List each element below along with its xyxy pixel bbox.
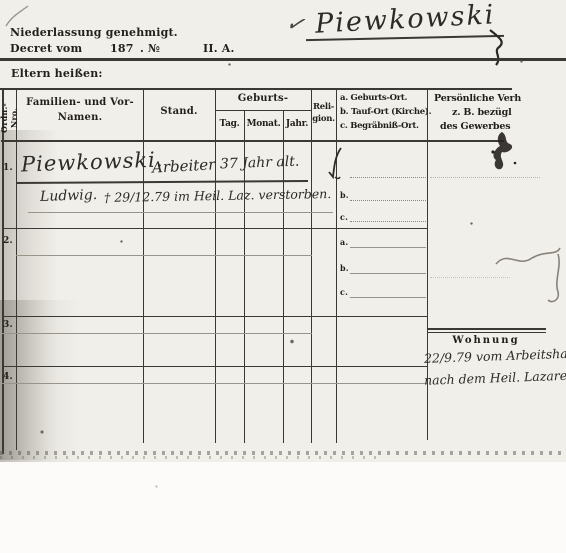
top-thick-rule	[0, 58, 566, 61]
row1-rule-c	[350, 221, 426, 222]
row-divider-2-3	[2, 316, 427, 317]
scan-speckle	[470, 222, 473, 225]
entry-stand-handwritten: Arbeiter	[152, 155, 216, 176]
row2-rule-c	[350, 297, 426, 298]
header-persoenlich-line1: Persönliche Verh	[434, 93, 521, 104]
wohnung-title: Wohnung	[432, 335, 540, 346]
row2-label-b: b.	[340, 263, 349, 273]
ink-blot	[488, 130, 522, 174]
margin-squiggle	[494, 240, 566, 310]
scan-speckle	[228, 63, 231, 66]
area-below-scan	[0, 462, 566, 553]
header-monat: Monat.	[244, 119, 283, 129]
row1-label-b: b.	[340, 190, 349, 200]
decret-number-label: . №	[140, 42, 160, 55]
row1-rule-a-ext	[430, 177, 540, 178]
eltern-label: Eltern heißen:	[11, 67, 103, 80]
row-number-1: 1.	[3, 163, 13, 173]
geburts-split-line	[215, 110, 311, 111]
scan-speckle	[40, 430, 44, 434]
row-number-2: 2.	[3, 236, 13, 246]
entry-surname-handwritten: Piewkowski.	[21, 148, 164, 177]
row1-rule-b	[350, 200, 426, 201]
row-number-4: 4.	[3, 372, 13, 382]
ordn-col-label: Ordn.-Nro.	[0, 95, 19, 141]
vline-stand-geburts	[215, 88, 216, 443]
row-number-3: 3.	[3, 320, 13, 330]
row-divider-1-2	[2, 228, 427, 229]
header-orte-b: b. Tauf-Ort (Kirche).	[340, 107, 431, 117]
row2-rule-a	[350, 247, 426, 248]
scan-speckle	[290, 339, 294, 344]
header-familien-line2: Namen.	[18, 112, 142, 123]
header-orte-c: c. Begräbniß-Ort.	[340, 121, 419, 131]
subrule-row2	[16, 255, 312, 256]
scan-bottom-edge-2	[0, 456, 380, 459]
row2-label-c: c.	[340, 287, 348, 297]
table-header-border	[1, 140, 504, 142]
row2-label-a: a.	[340, 237, 348, 247]
vline-jahr-religion	[311, 88, 312, 443]
row1-label-c: c.	[340, 212, 348, 222]
entry-firstname-handwritten: Ludwig.	[40, 187, 98, 205]
vline-familien-stand	[143, 88, 144, 443]
scan-bottom-edge	[0, 451, 566, 455]
table-top-border	[0, 88, 512, 90]
row2-rule-b	[350, 273, 426, 274]
scanned-register-card: Niederlassung genehmigt. Decret vom 187 …	[0, 0, 566, 553]
table-left-border	[2, 88, 4, 454]
header-stand: Stand.	[144, 106, 214, 117]
decret-section-label: II. A.	[203, 42, 235, 55]
vline-religion-orte	[336, 88, 337, 443]
subrule-row3	[2, 333, 312, 334]
header-geburts: Geburts-	[216, 93, 310, 104]
header-religion-line1: Reli-	[311, 102, 336, 112]
header-orte-a: a. Geburts-Ort.	[340, 93, 407, 103]
entry-age-note-handwritten: 37 Jahr alt.	[220, 154, 300, 173]
subrule-row1-line2	[28, 212, 333, 213]
row-divider-3-4	[2, 366, 427, 367]
approval-line: Niederlassung genehmigt.	[10, 26, 178, 39]
header-jahr: Jahr.	[283, 119, 311, 129]
religion-mark-handwritten	[326, 146, 346, 182]
scan-speckle	[120, 240, 123, 243]
row1-rule-a	[350, 177, 426, 178]
decret-label: Decret vom	[10, 42, 82, 55]
scan-speckle	[155, 485, 158, 488]
corner-scribble	[2, 2, 32, 32]
vline-ordn	[16, 88, 17, 450]
subrule-row4	[2, 383, 427, 384]
header-persoenlich-line2: z. B. bezügl	[452, 107, 512, 118]
scan-speckle	[520, 60, 523, 63]
wohnung-double-line-bottom	[428, 332, 546, 333]
wohnung-double-line-top	[428, 328, 546, 330]
header-religion-line2: gion.	[311, 114, 336, 124]
header-tag: Tag.	[215, 119, 244, 129]
header-familien-line1: Familien- und Vor-	[18, 97, 142, 108]
ink-flourish	[486, 28, 514, 68]
decret-year: 187	[110, 42, 134, 55]
